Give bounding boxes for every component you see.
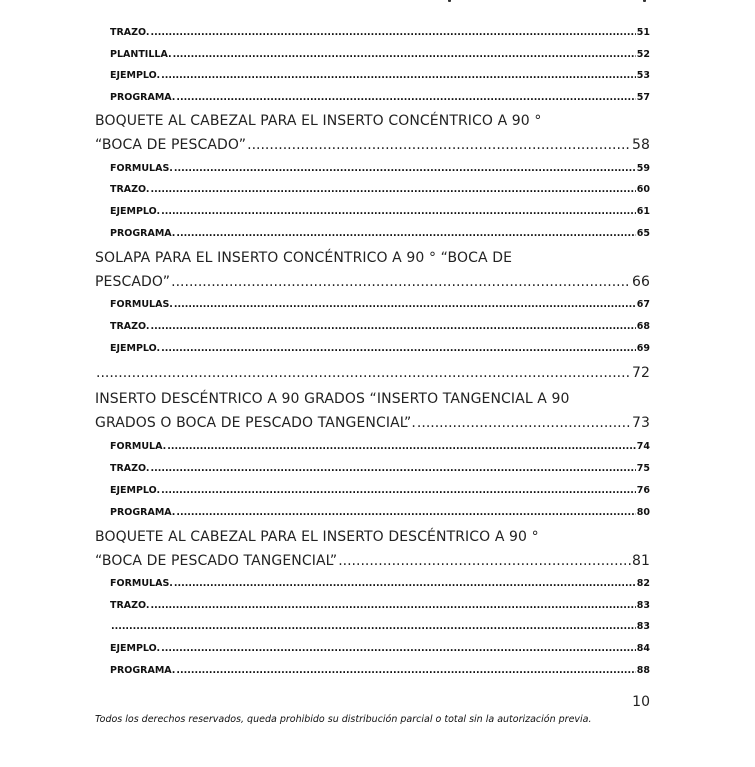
toc-entry-section[interactable]: PESCADO” 66	[95, 271, 650, 293]
dot-leader	[338, 550, 631, 572]
toc-entry-page: 69	[637, 342, 650, 356]
toc-entry-page: 76	[637, 484, 650, 498]
dot-leader	[151, 320, 636, 334]
toc-entry-label: TRAZO.	[110, 462, 150, 476]
toc-entry-label: PROGRAMA.	[110, 664, 175, 678]
toc-entry-label: TRAZO.	[110, 320, 150, 334]
dot-leader	[174, 298, 636, 312]
toc-entry-page: 60	[637, 183, 650, 197]
toc-entry-subsection[interactable]: PLANTILLA.52	[110, 48, 650, 62]
dot-leader	[151, 599, 636, 613]
cutoff-text-fragment	[643, 0, 646, 2]
toc-entry-subsection[interactable]: PROGRAMA.80	[110, 506, 650, 520]
toc-entry-label: PROGRAMA.	[110, 506, 175, 520]
dot-leader	[161, 342, 636, 356]
toc-section-title-line1[interactable]: BOQUETE AL CABEZAL PARA EL INSERTO CONCÉ…	[95, 110, 650, 132]
toc-section-title-line2: “BOCA DE PESCADO”	[95, 134, 246, 156]
toc-entry-page: 68	[637, 320, 650, 334]
dot-leader	[96, 362, 631, 384]
toc-entry-subsection[interactable]: EJEMPLO.84	[110, 642, 650, 656]
toc-entry-label: PROGRAMA.	[110, 91, 175, 105]
toc-entry-label: TRAZO.	[110, 183, 150, 197]
toc-entry-label: FORMULA.	[110, 440, 166, 454]
dot-leader	[173, 48, 636, 62]
dot-leader	[176, 664, 635, 678]
toc-section-title-line1[interactable]: INSERTO DESCÉNTRICO A 90 GRADOS “INSERTO…	[95, 388, 650, 410]
toc-entry-page: 73	[632, 412, 650, 434]
toc-entry-subsection[interactable]: TRAZO.60	[110, 183, 650, 197]
toc-entry-subsection[interactable]: PROGRAMA.88	[110, 664, 650, 678]
page-number: 10	[632, 694, 650, 710]
toc-entry-label: FORMULAS.	[110, 298, 173, 312]
dot-leader	[171, 271, 631, 293]
toc-entry-page: 67	[637, 298, 650, 312]
document-page: TRAZO.51PLANTILLA.52EJEMPLO.53PROGRAMA.5…	[0, 0, 755, 767]
toc-entry-page: 74	[637, 440, 650, 454]
dot-leader	[161, 642, 636, 656]
toc-entry-subsection[interactable]: 83	[110, 620, 650, 634]
dot-leader	[161, 205, 636, 219]
toc-entry-subsection[interactable]: FORMULAS.67	[110, 298, 650, 312]
dot-leader	[174, 577, 636, 591]
toc-entry-page: 83	[637, 599, 650, 613]
dot-leader	[167, 440, 636, 454]
toc-entry-label: EJEMPLO.	[110, 342, 160, 356]
toc-entry-page: 65	[637, 227, 650, 241]
dot-leader	[176, 227, 635, 241]
toc-entry-subsection[interactable]: FORMULAS.82	[110, 577, 650, 591]
toc-entry-label: FORMULAS.	[110, 577, 173, 591]
toc-entry-page: 61	[637, 205, 650, 219]
toc-entry-section[interactable]: “BOCA DE PESCADO” 58	[95, 134, 650, 156]
toc-entry-page: 80	[637, 506, 650, 520]
dot-leader	[174, 162, 636, 176]
toc-entry-section[interactable]: GRADOS O BOCA DE PESCADO TANGENCIAL”.73	[95, 412, 650, 434]
toc-entry-page: 75	[637, 462, 650, 476]
toc-entry-label: EJEMPLO.	[110, 484, 160, 498]
toc-entry-subsection[interactable]: FORMULAS.59	[110, 162, 650, 176]
dot-leader	[151, 26, 636, 40]
toc-entry-page: 88	[637, 664, 650, 678]
toc-entry-page: 52	[637, 48, 650, 62]
dot-leader	[111, 620, 636, 634]
toc-entry-label: EJEMPLO.	[110, 69, 160, 83]
dot-leader	[176, 91, 635, 105]
toc-entry-label: EJEMPLO.	[110, 642, 160, 656]
toc-entry-subsection[interactable]: TRAZO.68	[110, 320, 650, 334]
toc-entry-page: 66	[632, 271, 650, 293]
toc-section-title-line1[interactable]: BOQUETE AL CABEZAL PARA EL INSERTO DESCÉ…	[95, 526, 650, 548]
toc-entry-subsection[interactable]: EJEMPLO.53	[110, 69, 650, 83]
toc-entry-subsection[interactable]: TRAZO.75	[110, 462, 650, 476]
dot-leader	[417, 412, 631, 434]
dot-leader	[151, 462, 636, 476]
toc-entry-label: PROGRAMA.	[110, 227, 175, 241]
toc-entry-section[interactable]: 72	[95, 362, 650, 384]
toc-entry-subsection[interactable]: EJEMPLO.76	[110, 484, 650, 498]
toc-entry-label: TRAZO.	[110, 26, 150, 40]
toc-entry-page: 58	[632, 134, 650, 156]
toc-entry-subsection[interactable]: PROGRAMA.57	[110, 91, 650, 105]
toc-entry-label: FORMULAS.	[110, 162, 173, 176]
toc-entry-page: 84	[637, 642, 650, 656]
toc-entry-page: 81	[632, 550, 650, 572]
dot-leader	[176, 506, 635, 520]
toc-section-title-line2: PESCADO”	[95, 271, 170, 293]
toc-section-title-line2: GRADOS O BOCA DE PESCADO TANGENCIAL”.	[95, 412, 416, 434]
toc-entry-section[interactable]: “BOCA DE PESCADO TANGENCIAL” 81	[95, 550, 650, 572]
dot-leader	[151, 183, 636, 197]
toc-entry-page: 82	[637, 577, 650, 591]
toc-entry-subsection[interactable]: PROGRAMA.65	[110, 227, 650, 241]
toc-entry-subsection[interactable]: EJEMPLO.61	[110, 205, 650, 219]
toc-entry-page: 57	[637, 91, 650, 105]
toc-section-title-line2: “BOCA DE PESCADO TANGENCIAL”	[95, 550, 337, 572]
toc-entry-page: 72	[632, 362, 650, 384]
cutoff-text-fragment	[448, 0, 451, 2]
toc-entry-subsection[interactable]: TRAZO.51	[110, 26, 650, 40]
toc-entry-subsection[interactable]: TRAZO.83	[110, 599, 650, 613]
toc-entry-page: 83	[637, 620, 650, 634]
toc-entry-label: EJEMPLO.	[110, 205, 160, 219]
toc-entry-page: 53	[637, 69, 650, 83]
toc-entry-label: PLANTILLA.	[110, 48, 172, 62]
dot-leader	[161, 69, 636, 83]
toc-section-title-line1[interactable]: SOLAPA PARA EL INSERTO CONCÉNTRICO A 90 …	[95, 247, 650, 269]
dot-leader	[247, 134, 631, 156]
toc-entry-page: 59	[637, 162, 650, 176]
toc-entry-subsection[interactable]: EJEMPLO.69	[110, 342, 650, 356]
toc-entry-page: 51	[637, 26, 650, 40]
toc-entry-subsection[interactable]: FORMULA.74	[110, 440, 650, 454]
dot-leader	[161, 484, 636, 498]
toc-entry-label: TRAZO.	[110, 599, 150, 613]
copyright-footer: Todos los derechos reservados, queda pro…	[95, 712, 650, 727]
